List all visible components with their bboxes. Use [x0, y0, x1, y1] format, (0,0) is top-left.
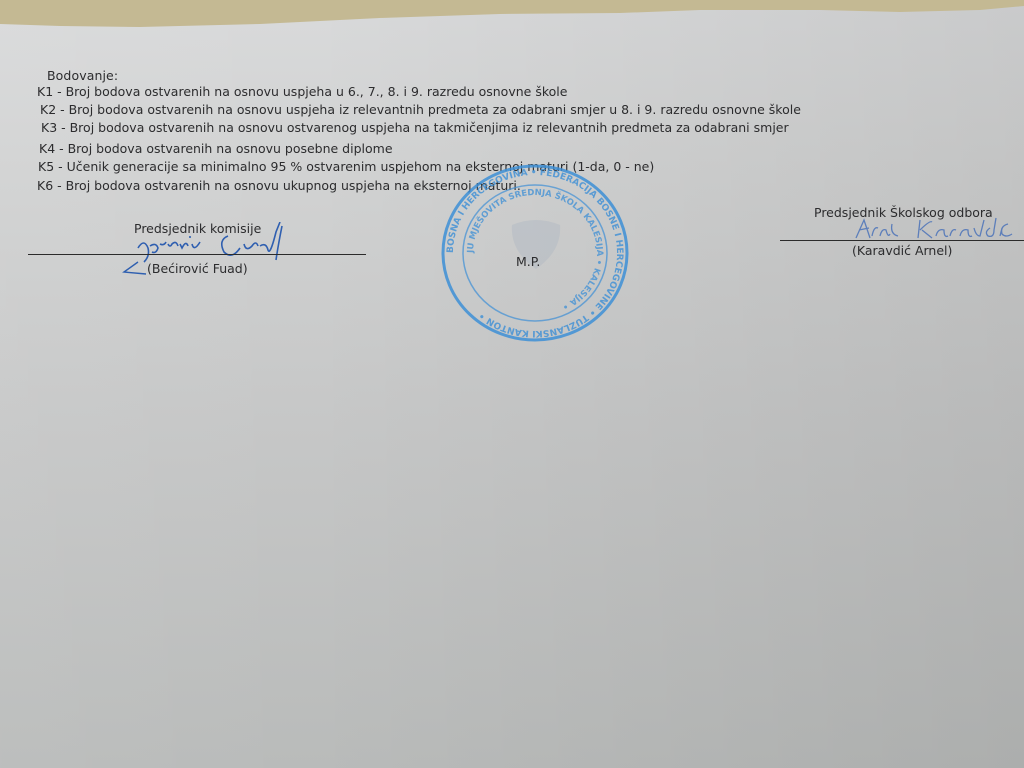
school-board-president-name: (Karavdić Arnel) — [852, 243, 952, 258]
official-stamp-icon: BOSNA I HERCEGOVINA • FEDERACIJA BOSNE I… — [440, 163, 630, 343]
criterion-k4: K4 - Broj bodova ostvarenih na osnovu po… — [39, 141, 393, 156]
stamp-placeholder-label: M.P. — [516, 254, 540, 269]
school-board-signature-line — [780, 240, 1024, 241]
criterion-k1: K1 - Broj bodova ostvarenih na osnovu us… — [37, 84, 567, 99]
commission-signature-line — [28, 254, 366, 255]
scoring-heading: Bodovanje: — [47, 68, 118, 83]
commission-president-name: (Bećirović Fuad) — [147, 261, 248, 276]
criterion-k3: K3 - Broj bodova ostvarenih na osnovu os… — [41, 120, 789, 135]
criterion-k2: K2 - Broj bodova ostvarenih na osnovu us… — [40, 102, 801, 117]
